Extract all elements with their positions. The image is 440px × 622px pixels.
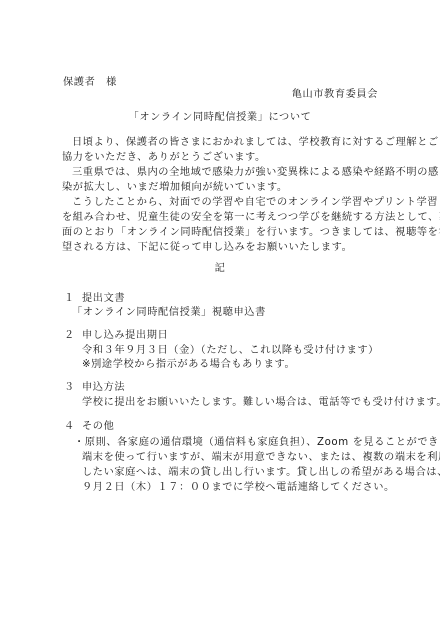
item-3-heading: 申込方法 bbox=[82, 381, 125, 395]
document-title: 「オンライン同時配信授業」について bbox=[0, 111, 440, 125]
item-4-line-4: ９月２日（木）１７：００までに学校へ電話連絡してください。 bbox=[82, 481, 395, 495]
sender: 亀山市教育委員会 bbox=[292, 88, 378, 102]
item-1-line-1: 「オンライン同時配信授業」視聴申込書 bbox=[72, 306, 266, 320]
body-paragraph-1-line-2: 協力をいただき、ありがとうございます。 bbox=[62, 151, 266, 165]
item-4-number: ４ bbox=[64, 420, 75, 434]
item-1-heading: 提出文書 bbox=[82, 292, 125, 306]
body-paragraph-2-line-2: 染が拡大し、いまだ増加傾向が続いています。 bbox=[62, 181, 288, 195]
item-1-number: １ bbox=[64, 292, 75, 306]
item-2-heading: 申し込み提出期日 bbox=[82, 329, 168, 343]
body-paragraph-3-line-3: 面のとおり「オンライン同時配信授業」を行います。つきましては、視聴等を希 bbox=[62, 226, 440, 240]
ki-heading: 記 bbox=[0, 262, 440, 276]
item-4-line-1: ・原則、各家庭の通信環境（通信料も家庭負担）、Zoom を見ることができる bbox=[74, 436, 440, 450]
body-paragraph-3-line-4: 望される方は、下記に従って申し込みをお願いいたします。 bbox=[62, 241, 352, 255]
addressee: 保護者 様 bbox=[63, 76, 117, 90]
body-paragraph-3-line-1: こうしたことから、対面での学習や自宅でのオンライン学習やプリント学習 bbox=[72, 196, 438, 210]
item-2-line-2: ※別途学校から指示がある場合もあります。 bbox=[82, 358, 295, 372]
body-paragraph-3-line-2: を組み合わせ、児童生徒の安全を第一に考えつつ学びを継続する方法として、裏 bbox=[62, 211, 440, 225]
item-2-number: ２ bbox=[64, 329, 75, 343]
document-page: 保護者 様 亀山市教育委員会 「オンライン同時配信授業」について 日頃より、保護… bbox=[0, 0, 440, 622]
item-2-line-1: 令和３年９月３日（金）（ただし、これ以降も受け付けます） bbox=[82, 344, 379, 358]
item-3-number: ３ bbox=[64, 381, 75, 395]
item-4-heading: その他 bbox=[82, 420, 114, 434]
body-paragraph-2-line-1: 三重県では、県内の全地域で感染力が強い変異株による感染や経路不明の感 bbox=[72, 166, 439, 180]
body-paragraph-1-line-1: 日頃より、保護者の皆さまにおかれましては、学校教育に対するご理解とご bbox=[72, 136, 439, 150]
item-3-line-1: 学校に提出をお願いいたします。難しい場合は、電話等でも受け付けます。 bbox=[82, 396, 440, 410]
item-4-line-3: したい家庭へは、端末の貸し出し行います。貸し出しの希望がある場合は、 bbox=[82, 466, 440, 480]
item-4-line-2: 端末を使って行いますが、端末が用意できない、または、複数の端末を利用 bbox=[82, 451, 440, 465]
